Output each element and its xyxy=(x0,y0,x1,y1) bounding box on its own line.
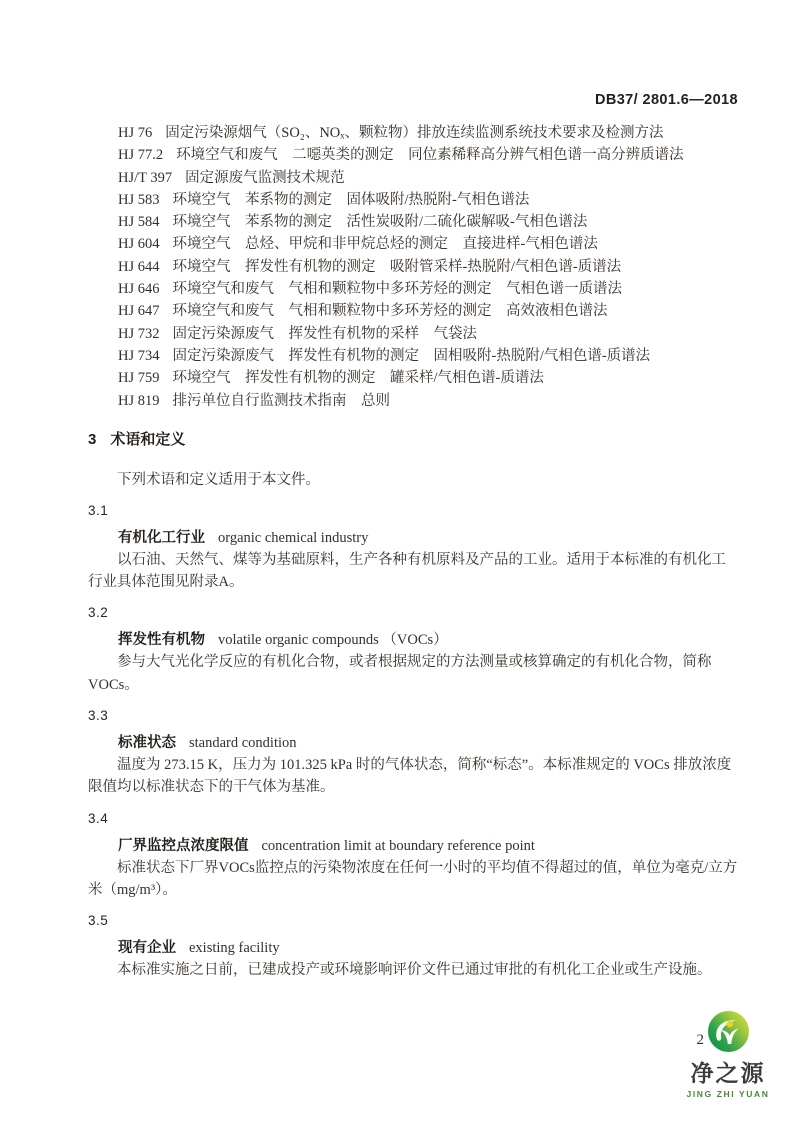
reference-title: 环境空气 苯系物的测定 活性炭吸附/二硫化碳解吸-气相色谱法 xyxy=(173,214,588,230)
section-title: 术语和定义 xyxy=(110,431,185,448)
reference-title: 环境空气和废气 气相和颗粒物中多环芳烃的测定 高效液相色谱法 xyxy=(173,303,608,319)
reference-title: 固定源废气监测技术规范 xyxy=(185,170,345,186)
reference-code: HJ 604 xyxy=(118,236,160,252)
logo-leaf-person-icon xyxy=(708,1011,749,1052)
definition-number: 3.2 xyxy=(88,603,738,623)
term-english: volatile organic compounds （VOCs） xyxy=(218,632,448,648)
definition-number: 3.5 xyxy=(88,911,738,931)
term-english: standard condition xyxy=(189,735,297,751)
definition-block: 3.3 标准状态standard condition 温度为 273.15 K，… xyxy=(88,706,738,799)
definition-term: 有机化工行业organic chemical industry xyxy=(88,527,738,549)
reference-item: HJ 583环境空气 苯系物的测定 固体吸附/热脱附-气相色谱法 xyxy=(88,189,738,211)
definition-number: 3.1 xyxy=(88,501,738,521)
reference-title: 固定污染源废气 挥发性有机物的测定 固相吸附-热脱附/气相色谱-质谱法 xyxy=(173,348,651,364)
normative-references-list: HJ 76固定污染源烟气（SO₂、NOₓ、颗粒物）排放连续监测系统技术要求及检测… xyxy=(88,122,738,412)
definition-term: 厂界监控点浓度限值concentration limit at boundary… xyxy=(88,835,738,857)
reference-item: HJ 644环境空气 挥发性有机物的测定 吸附管采样-热脱附/气相色谱-质谱法 xyxy=(88,256,738,278)
reference-item: HJ 732固定污染源废气 挥发性有机物的采样 气袋法 xyxy=(88,323,738,345)
reference-title: 环境空气和废气 气相和颗粒物中多环芳烃的测定 气相色谱一质谱法 xyxy=(173,281,623,297)
reference-item: HJ 604环境空气 总烃、甲烷和非甲烷总烃的测定 直接进样-气相色谱法 xyxy=(88,233,738,255)
reference-code: HJ 646 xyxy=(118,281,160,297)
reference-code: HJ 644 xyxy=(118,259,160,275)
reference-title: 固定污染源废气 挥发性有机物的采样 气袋法 xyxy=(173,326,478,342)
term-english: existing facility xyxy=(189,940,280,956)
jingzhiyuan-logo: 净之源 JING ZHI YUAN xyxy=(676,1011,780,1099)
definition-text: 参与大气光化学反应的有机化合物，或者根据规定的方法测量或核算确定的有机化合物，简… xyxy=(88,651,738,696)
definition-block: 3.5 现有企业existing facility 本标准实施之日前，已建成投产… xyxy=(88,911,738,981)
doc-number: DB37/ 2801.6—2018 xyxy=(88,92,738,108)
section-intro: 下列术语和定义适用于本文件。 xyxy=(88,469,738,491)
reference-item: HJ 734固定污染源废气 挥发性有机物的测定 固相吸附-热脱附/气相色谱-质谱… xyxy=(88,345,738,367)
reference-title: 环境空气 苯系物的测定 固体吸附/热脱附-气相色谱法 xyxy=(173,192,530,208)
reference-title: 排污单位自行监测技术指南 总则 xyxy=(173,393,391,409)
reference-title: 环境空气 总烃、甲烷和非甲烷总烃的测定 直接进样-气相色谱法 xyxy=(173,236,598,252)
definition-term: 标准状态standard condition xyxy=(88,732,738,754)
reference-item: HJ 76固定污染源烟气（SO₂、NOₓ、颗粒物）排放连续监测系统技术要求及检测… xyxy=(88,122,738,144)
reference-code: HJ/T 397 xyxy=(118,170,172,186)
section-number: 3 xyxy=(88,431,96,448)
reference-code: HJ 77.2 xyxy=(118,147,163,163)
definition-block: 3.2 挥发性有机物volatile organic compounds （VO… xyxy=(88,603,738,696)
logo-name-chinese: 净之源 xyxy=(676,1055,780,1088)
reference-item: HJ 584环境空气 苯系物的测定 活性炭吸附/二硫化碳解吸-气相色谱法 xyxy=(88,211,738,233)
reference-title: 环境空气和废气 二噁英类的测定 同位素稀释高分辨气相色谱一高分辨质谱法 xyxy=(176,147,684,163)
reference-code: HJ 76 xyxy=(118,125,152,141)
section-heading: 3术语和定义 xyxy=(88,428,738,449)
definition-text: 本标准实施之日前，已建成投产或环境影响评价文件已通过审批的有机化工企业或生产设施… xyxy=(88,959,738,981)
reference-code: HJ 584 xyxy=(118,214,160,230)
reference-code: HJ 819 xyxy=(118,393,160,409)
definition-text: 标准状态下厂界VOCs监控点的污染物浓度在任何一小时的平均值不得超过的值，单位为… xyxy=(88,857,738,902)
reference-code: HJ 583 xyxy=(118,192,160,208)
reference-title: 固定污染源烟气（SO₂、NOₓ、颗粒物）排放连续监测系统技术要求及检测方法 xyxy=(165,125,663,141)
reference-item: HJ 646环境空气和废气 气相和颗粒物中多环芳烃的测定 气相色谱一质谱法 xyxy=(88,278,738,300)
reference-item: HJ 647环境空气和废气 气相和颗粒物中多环芳烃的测定 高效液相色谱法 xyxy=(88,300,738,322)
reference-title: 环境空气 挥发性有机物的测定 吸附管采样-热脱附/气相色谱-质谱法 xyxy=(173,259,622,275)
reference-item: HJ 77.2环境空气和废气 二噁英类的测定 同位素稀释高分辨气相色谱一高分辨质… xyxy=(88,144,738,166)
reference-item: HJ 819排污单位自行监测技术指南 总则 xyxy=(88,390,738,412)
definition-block: 3.1 有机化工行业organic chemical industry 以石油、… xyxy=(88,501,738,594)
reference-code: HJ 759 xyxy=(118,370,160,386)
term-english: organic chemical industry xyxy=(218,530,368,546)
definition-number: 3.3 xyxy=(88,706,738,726)
reference-code: HJ 732 xyxy=(118,326,160,342)
reference-code: HJ 734 xyxy=(118,348,160,364)
document-page: DB37/ 2801.6—2018 HJ 76固定污染源烟气（SO₂、NOₓ、颗… xyxy=(0,0,794,1123)
definition-text: 以石油、天然气、煤等为基础原料，生产各种有机原料及产品的工业。适用于本标准的有机… xyxy=(88,549,738,594)
definition-term: 挥发性有机物volatile organic compounds （VOCs） xyxy=(88,629,738,651)
definition-block: 3.4 厂界监控点浓度限值concentration limit at boun… xyxy=(88,809,738,902)
term-chinese: 现有企业 xyxy=(118,940,176,956)
definition-text: 温度为 273.15 K，压力为 101.325 kPa 时的气体状态，简称“标… xyxy=(88,754,738,799)
definition-number: 3.4 xyxy=(88,809,738,829)
term-chinese: 标准状态 xyxy=(118,735,176,751)
reference-title: 环境空气 挥发性有机物的测定 罐采样/气相色谱-质谱法 xyxy=(173,370,544,386)
term-chinese: 厂界监控点浓度限值 xyxy=(118,838,249,854)
term-chinese: 挥发性有机物 xyxy=(118,632,205,648)
reference-item: HJ/T 397固定源废气监测技术规范 xyxy=(88,167,738,189)
term-english: concentration limit at boundary referenc… xyxy=(262,838,535,854)
term-chinese: 有机化工行业 xyxy=(118,530,205,546)
reference-code: HJ 647 xyxy=(118,303,160,319)
definition-term: 现有企业existing facility xyxy=(88,937,738,959)
logo-name-english: JING ZHI YUAN xyxy=(676,1089,780,1099)
reference-item: HJ 759环境空气 挥发性有机物的测定 罐采样/气相色谱-质谱法 xyxy=(88,367,738,389)
